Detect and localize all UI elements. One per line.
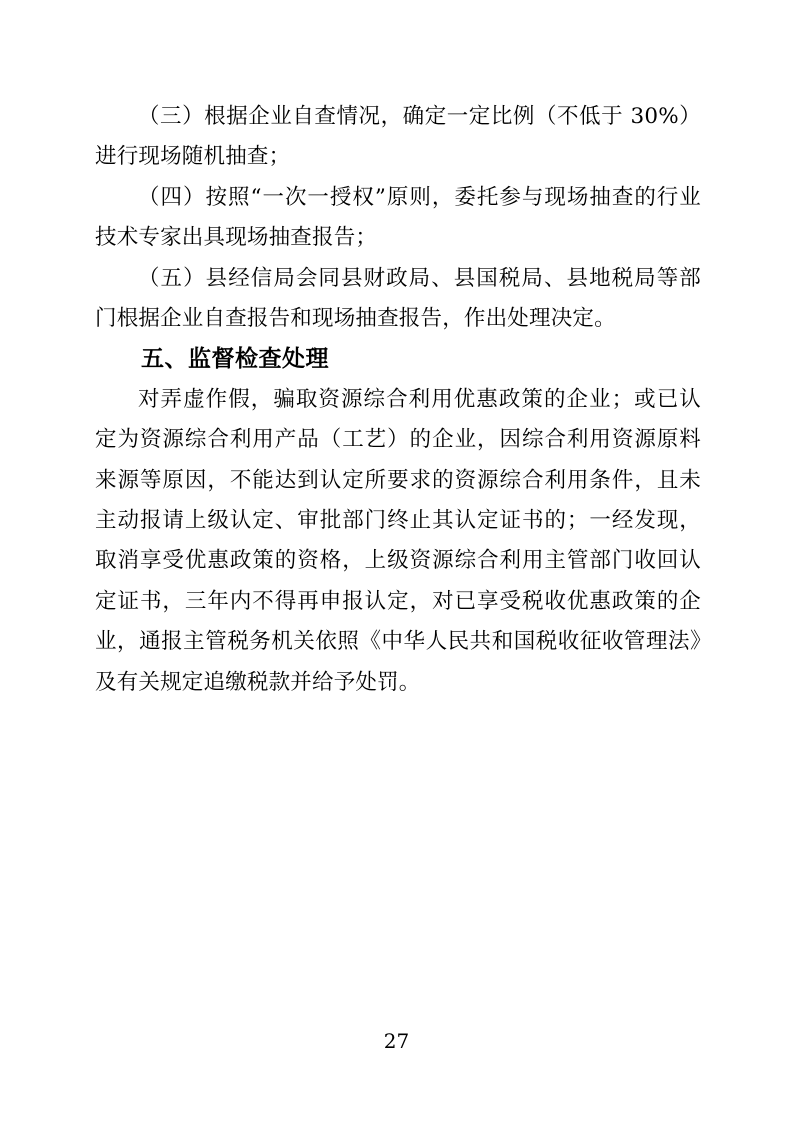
paragraph-item-five: （五）县经信局会同县财政局、县国税局、县地税局等部门根据企业自查报告和现场抽查报… (95, 259, 701, 340)
document-page: （三）根据企业自查情况，确定一定比例（不低于 30%）进行现场随机抽查； （四）… (0, 0, 793, 1122)
page-number: 27 (0, 1028, 793, 1054)
document-content: （三）根据企业自查情况，确定一定比例（不低于 30%）进行现场随机抽查； （四）… (95, 97, 701, 703)
paragraph-item-three: （三）根据企业自查情况，确定一定比例（不低于 30%）进行现场随机抽查； (95, 97, 701, 178)
section-heading-supervision: 五、监督检查处理 (95, 339, 701, 379)
paragraph-supervision-body: 对弄虚作假，骗取资源综合利用优惠政策的企业；或已认定为资源综合利用产品（工艺）的… (95, 380, 701, 703)
paragraph-item-four: （四）按照“一次一授权”原则，委托参与现场抽查的行业技术专家出具现场抽查报告； (95, 178, 701, 259)
